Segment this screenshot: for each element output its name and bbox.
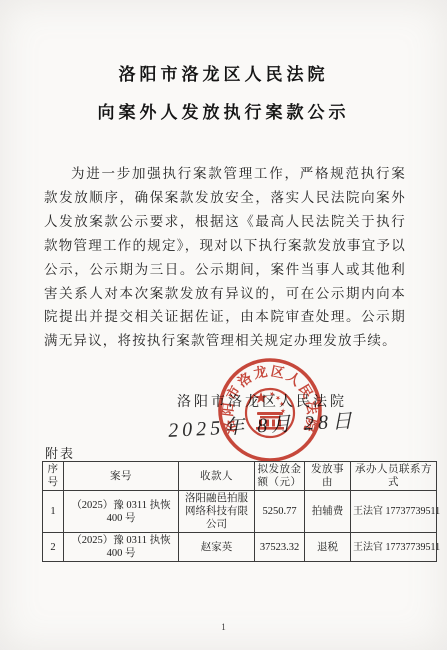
announcement-title: 向案外人发放执行案款公示 <box>0 98 447 123</box>
cell-case-no: （2025）豫 0311 执恢 400 号 <box>64 491 179 533</box>
cell-reason: 退税 <box>305 533 351 562</box>
table-row: 1 （2025）豫 0311 执恢 400 号 洛阳融邑拍服网络科技有限公司 5… <box>43 491 437 533</box>
announcement-body: 为进一步加强执行案款管理工作，严格规范执行案款发放顺序，确保案款发放安全，落实人… <box>44 162 406 353</box>
cell-seq: 2 <box>43 533 64 562</box>
case-payout-table: 序号 案号 收款人 拟发放金额（元） 发放事由 承办人员联系方式 1 （2025… <box>42 461 437 562</box>
header-reason: 发放事由 <box>305 462 351 491</box>
header-case-no: 案号 <box>64 462 179 491</box>
header-seq: 序号 <box>43 462 64 491</box>
official-seal-stamp: 洛阳市洛龙区人民法院 <box>216 355 324 465</box>
cell-seq: 1 <box>43 491 64 533</box>
header-payee: 收款人 <box>179 462 255 491</box>
cell-amount: 37523.32 <box>255 533 305 562</box>
cell-reason: 拍辅费 <box>305 491 351 533</box>
header-amount: 拟发放金额（元） <box>255 462 305 491</box>
cell-contact: 王法官 17737739511 <box>351 491 437 533</box>
cell-contact: 王法官 17737739511 <box>351 533 437 562</box>
seal-national-emblem-icon <box>246 389 294 437</box>
cell-amount: 5250.77 <box>255 491 305 533</box>
page-number: 1 <box>0 622 447 632</box>
attachment-label: 附表 <box>45 443 75 462</box>
table-row: 2 （2025）豫 0311 执恢 400 号 赵家英 37523.32 退税 … <box>43 533 437 562</box>
document-page: 洛阳市洛龙区人民法院 向案外人发放执行案款公示 为进一步加强执行案款管理工作，严… <box>0 0 447 650</box>
header-contact: 承办人员联系方式 <box>351 462 437 491</box>
table-header-row: 序号 案号 收款人 拟发放金额（元） 发放事由 承办人员联系方式 <box>43 462 437 491</box>
cell-case-no: （2025）豫 0311 执恢 400 号 <box>64 533 179 562</box>
cell-payee: 赵家英 <box>179 533 255 562</box>
court-title: 洛阳市洛龙区人民法院 <box>0 60 447 85</box>
cell-payee: 洛阳融邑拍服网络科技有限公司 <box>179 491 255 533</box>
